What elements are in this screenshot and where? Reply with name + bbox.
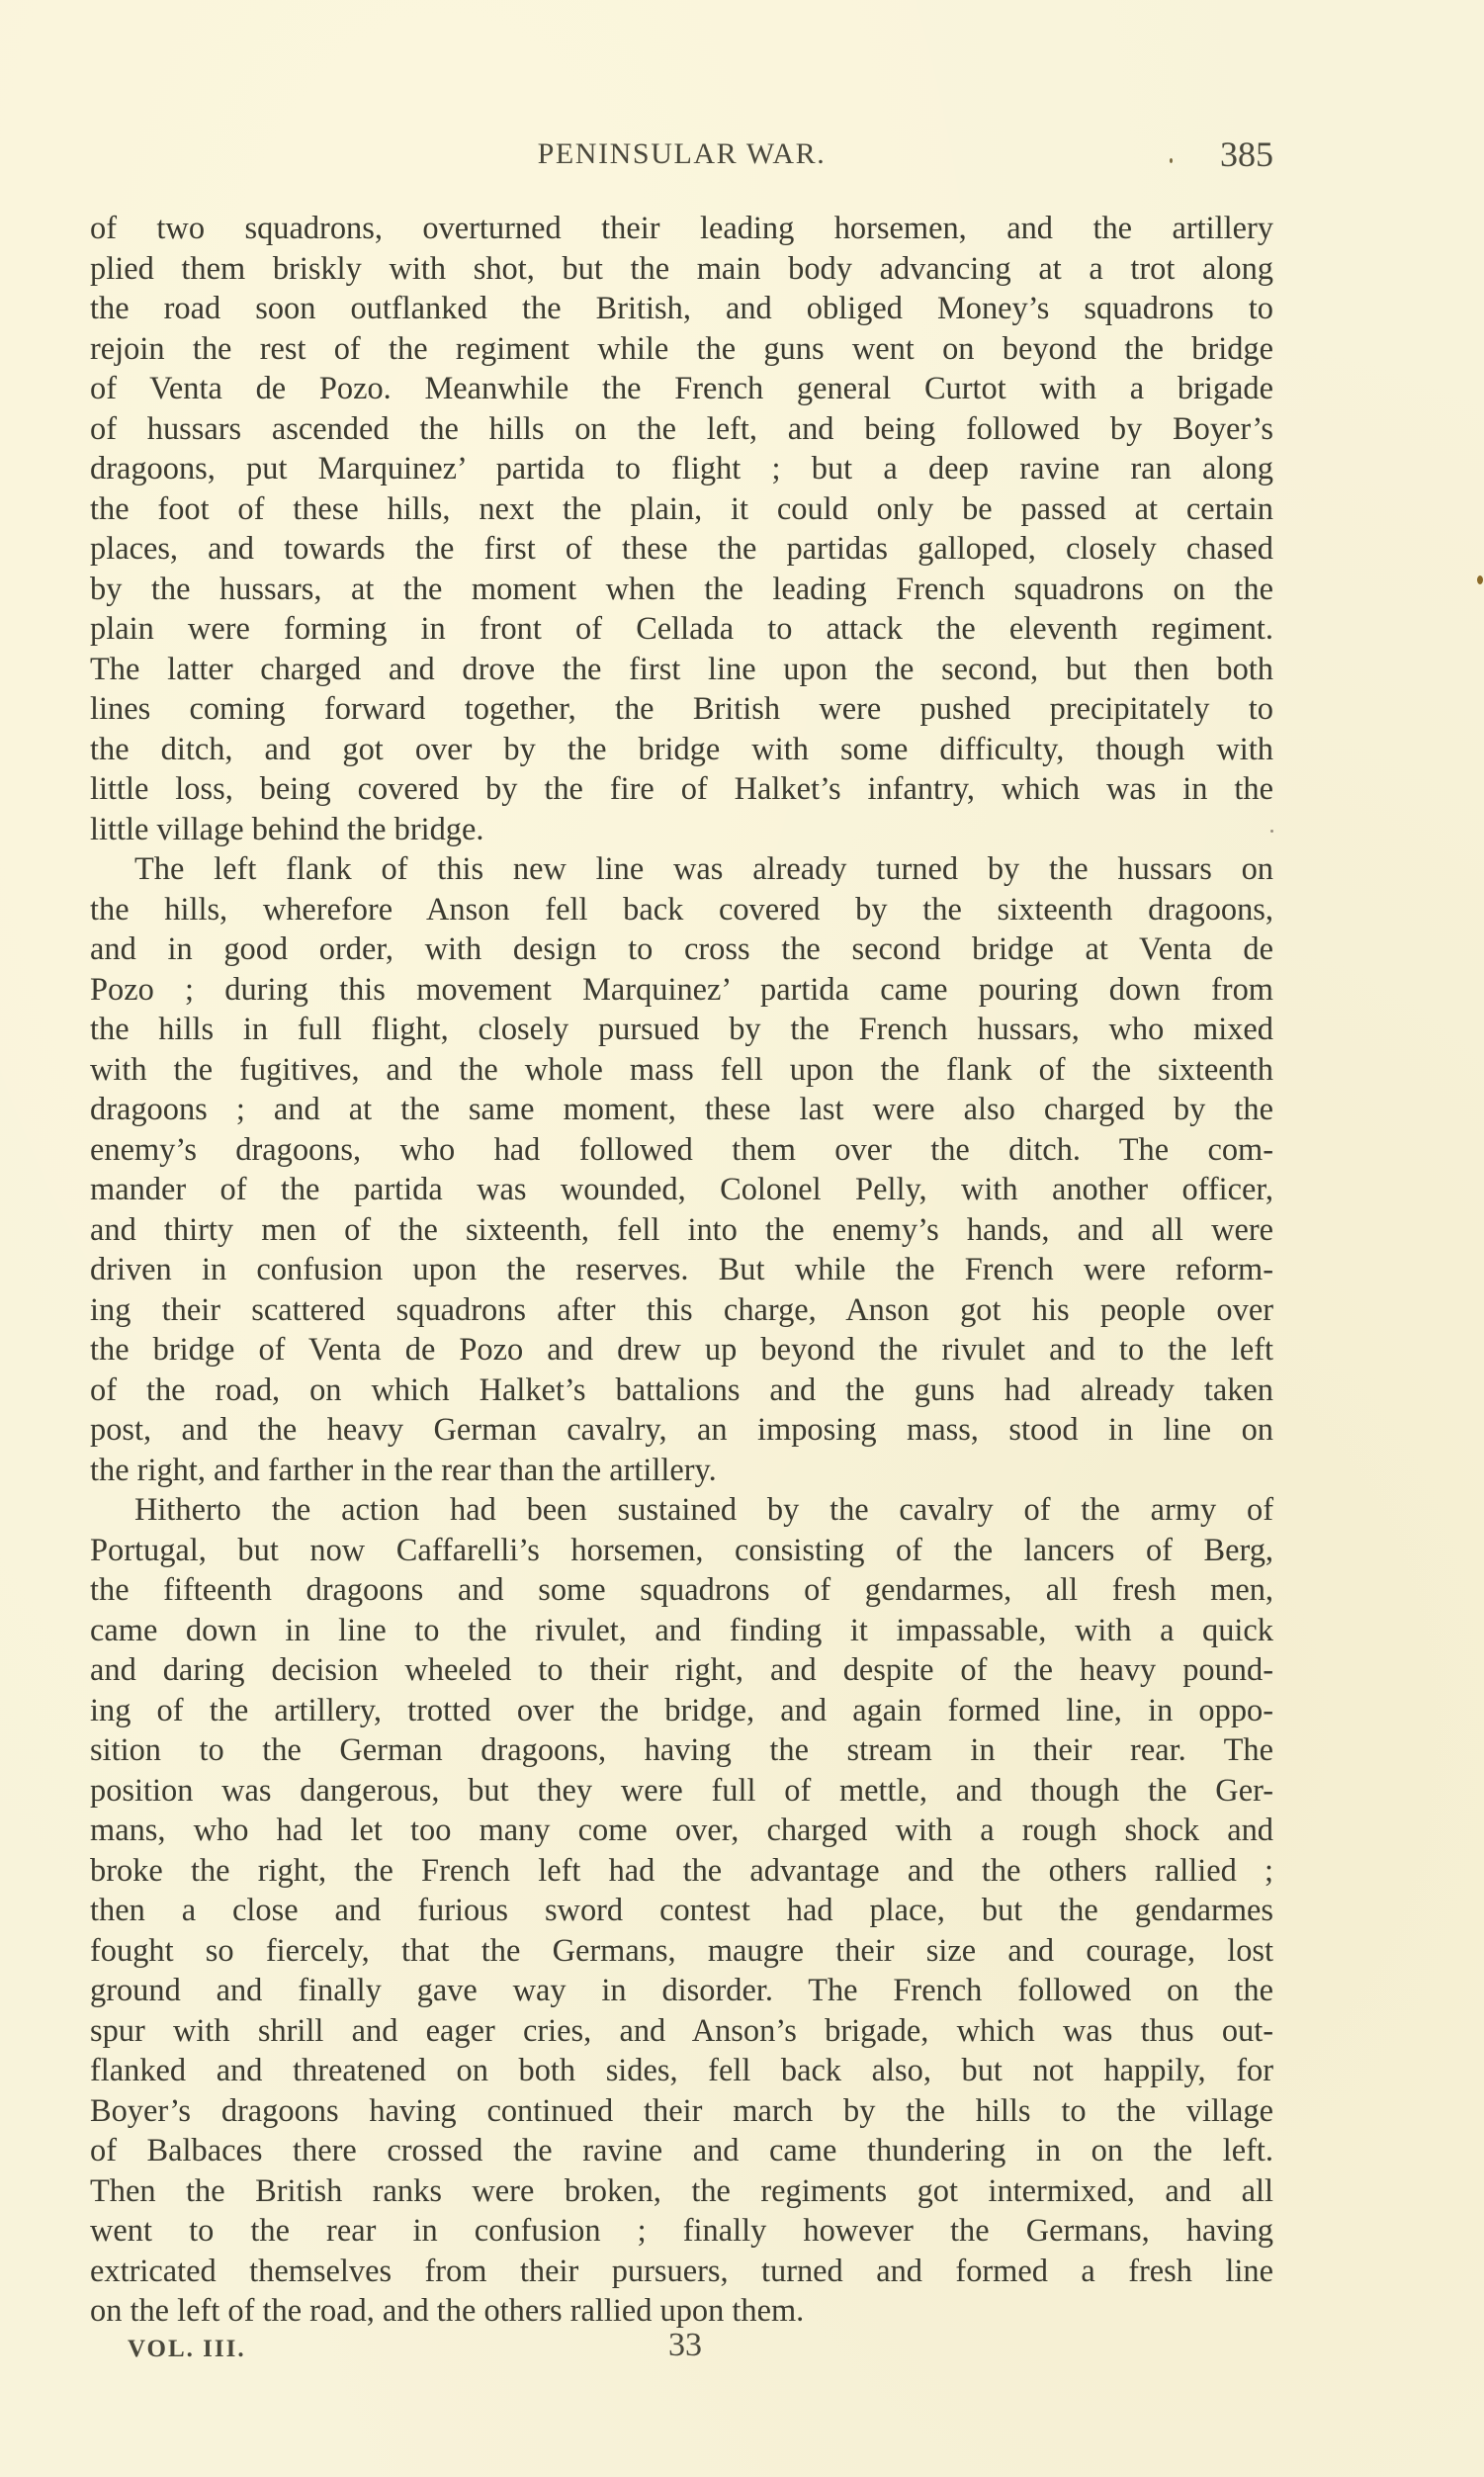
text-line: dragoons ; and at the same moment, these… (90, 1090, 1273, 1130)
paper-speck (1477, 575, 1483, 584)
text-line: enemy’s dragoons, who had followed them … (90, 1130, 1273, 1171)
text-line: flanked and threatened on both sides, fe… (90, 2051, 1273, 2091)
text-line: fought so fiercely, that the Germans, ma… (90, 1931, 1273, 1972)
text-line: mander of the partida was wounded, Colon… (90, 1170, 1273, 1210)
text-line: ground and finally gave way in disorder.… (90, 1971, 1273, 2011)
text-line: Boyer’s dragoons having continued their … (90, 2091, 1273, 2132)
text-line: position was dangerous, but they were fu… (90, 1771, 1273, 1812)
text-line: lines coming forward together, the Briti… (90, 689, 1273, 730)
text-line: and thirty men of the sixteenth, fell in… (90, 1210, 1273, 1251)
text-line: dragoons, put Marquinez’ partida to flig… (90, 449, 1273, 489)
text-line: ing of the artillery, trotted over the b… (90, 1691, 1273, 1731)
text-line: ing their scattered squadrons after this… (90, 1290, 1273, 1331)
text-line: The left flank of this new line was alre… (90, 849, 1273, 890)
text-line: Pozo ; during this movement Marquinez’ p… (90, 970, 1273, 1011)
text-line: rejoin the rest of the regiment while th… (90, 329, 1273, 370)
text-line: the right, and farther in the rear than … (90, 1451, 1273, 1491)
paragraph: of two squadrons, overturned their leadi… (90, 209, 1273, 849)
text-line: of Venta de Pozo. Meanwhile the French g… (90, 369, 1273, 409)
text-line: of two squadrons, overturned their leadi… (90, 209, 1273, 249)
text-line: by the hussars, at the moment when the l… (90, 570, 1273, 610)
text-line: and in good order, with design to cross … (90, 929, 1273, 970)
text-line: Portugal, but now Caffarelli’s horsemen,… (90, 1531, 1273, 1571)
text-line: then a close and furious sword contest h… (90, 1891, 1273, 1931)
page-number: 385 (1220, 134, 1273, 174)
running-head: PENINSULAR WAR. 385 (90, 134, 1273, 174)
text-line: mans, who had let too many come over, ch… (90, 1811, 1273, 1851)
text-line: little village behind the bridge. (90, 810, 1273, 850)
text-line: the fifteenth dragoons and some squadron… (90, 1570, 1273, 1611)
text-line: Then the British ranks were broken, the … (90, 2171, 1273, 2212)
text-line: came down in line to the rivulet, and fi… (90, 1611, 1273, 1651)
paper-speck (1170, 158, 1173, 163)
text-line: plied them briskly with shot, but the ma… (90, 249, 1273, 290)
text-line: and daring decision wheeled to their rig… (90, 1650, 1273, 1691)
text-line: sition to the German dragoons, having th… (90, 1730, 1273, 1771)
paper-speck (1270, 830, 1273, 833)
text-line: plain were forming in front of Cellada t… (90, 609, 1273, 650)
text-line: broke the right, the French left had the… (90, 1851, 1273, 1892)
text-line: of hussars ascended the hills on the lef… (90, 409, 1273, 450)
text-line: extricated themselves from their pursuer… (90, 2252, 1273, 2292)
text-line: driven in confusion upon the reserves. B… (90, 1250, 1273, 1290)
text-line: the hills in full flight, closely pursue… (90, 1010, 1273, 1050)
text-line: with the fugitives, and the whole mass f… (90, 1050, 1273, 1091)
text-line: places, and towards the first of these t… (90, 529, 1273, 570)
body-text: of two squadrons, overturned their leadi… (90, 209, 1273, 2332)
text-line: spur with shrill and eager cries, and An… (90, 2011, 1273, 2052)
running-title: PENINSULAR WAR. (90, 134, 1273, 174)
text-line: of Balbaces there crossed the ravine and… (90, 2131, 1273, 2171)
text-line: of the road, on which Halket’s battalion… (90, 1371, 1273, 1411)
text-line: the bridge of Venta de Pozo and drew up … (90, 1330, 1273, 1371)
text-line: the ditch, and got over by the bridge wi… (90, 730, 1273, 770)
text-line: the foot of these hills, next the plain,… (90, 489, 1273, 530)
text-line: little loss, being covered by the fire o… (90, 769, 1273, 810)
paragraph: The left flank of this new line was alre… (90, 849, 1273, 1490)
text-line: post, and the heavy German cavalry, an i… (90, 1410, 1273, 1451)
text-line: went to the rear in confusion ; finally … (90, 2211, 1273, 2252)
text-line: The latter charged and drove the first l… (90, 650, 1273, 690)
page-footer: VOL. III. 33 (0, 2332, 1484, 2371)
text-line: Hitherto the action had been sustained b… (90, 1490, 1273, 1531)
text-line: the road soon outflanked the British, an… (90, 289, 1273, 329)
volume-label: VOL. III. (128, 2332, 246, 2367)
text-line: the hills, wherefore Anson fell back cov… (90, 890, 1273, 930)
signature-mark: 33 (668, 2326, 702, 2365)
paragraph: Hitherto the action had been sustained b… (90, 1490, 1273, 2332)
